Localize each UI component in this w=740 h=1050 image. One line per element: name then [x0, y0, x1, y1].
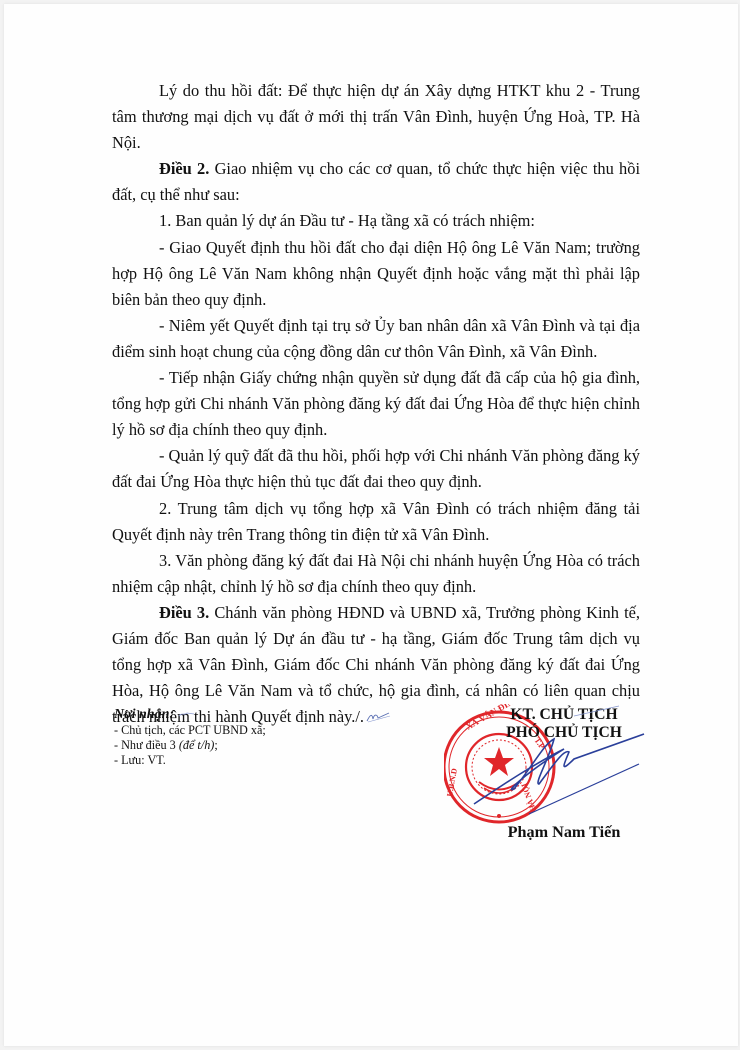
paragraph-dieu-2: Điều 2. Giao nhiệm vụ cho các cơ quan, t…	[112, 156, 640, 208]
paragraph-item-1-c: - Tiếp nhận Giấy chứng nhận quyền sử dụn…	[112, 365, 640, 443]
handwritten-signature-icon	[444, 704, 664, 834]
document-page: Lý do thu hồi đất: Để thực hiện dự án Xâ…	[4, 4, 738, 1046]
recipient-item: - Như điều 3 (để t/h);	[114, 738, 374, 753]
article-label: Điều 2.	[159, 159, 209, 178]
paragraph-item-1: 1. Ban quản lý dự án Đầu tư - Hạ tầng xã…	[112, 208, 640, 234]
signer-name: Phạm Nam Tiến	[464, 823, 664, 842]
paragraph-item-3: 3. Văn phòng đăng ký đất đai Hà Nội chi …	[112, 548, 640, 600]
paragraph-item-2: 2. Trung tâm dịch vụ tổng hợp xã Vân Đìn…	[112, 496, 640, 548]
initial-mark-icon	[178, 710, 196, 718]
recipients-title: Nơi nhận:	[114, 706, 374, 723]
paragraph-item-1-a: - Giao Quyết định thu hồi đất cho đại di…	[112, 235, 640, 313]
recipient-item: - Chủ tịch, các PCT UBND xã;	[114, 723, 374, 738]
recipient-item: - Lưu: VT.	[114, 753, 374, 768]
paragraph-item-1-d: - Quản lý quỹ đất đã thu hồi, phối hợp v…	[112, 443, 640, 495]
recipients-block: Nơi nhận: - Chủ tịch, các PCT UBND xã; -…	[114, 706, 374, 769]
document-body: Lý do thu hồi đất: Để thực hiện dự án Xâ…	[112, 78, 640, 730]
paragraph-item-1-b: - Niêm yết Quyết định tại trụ sở Ủy ban …	[112, 313, 640, 365]
paragraph-reason: Lý do thu hồi đất: Để thực hiện dự án Xâ…	[112, 78, 640, 156]
article-label: Điều 3.	[159, 603, 209, 622]
signature-block: XÃ VÂN ĐÌNH U.B.N.D T.P HÀ NỘI KT. CHỦ T…	[444, 704, 664, 854]
